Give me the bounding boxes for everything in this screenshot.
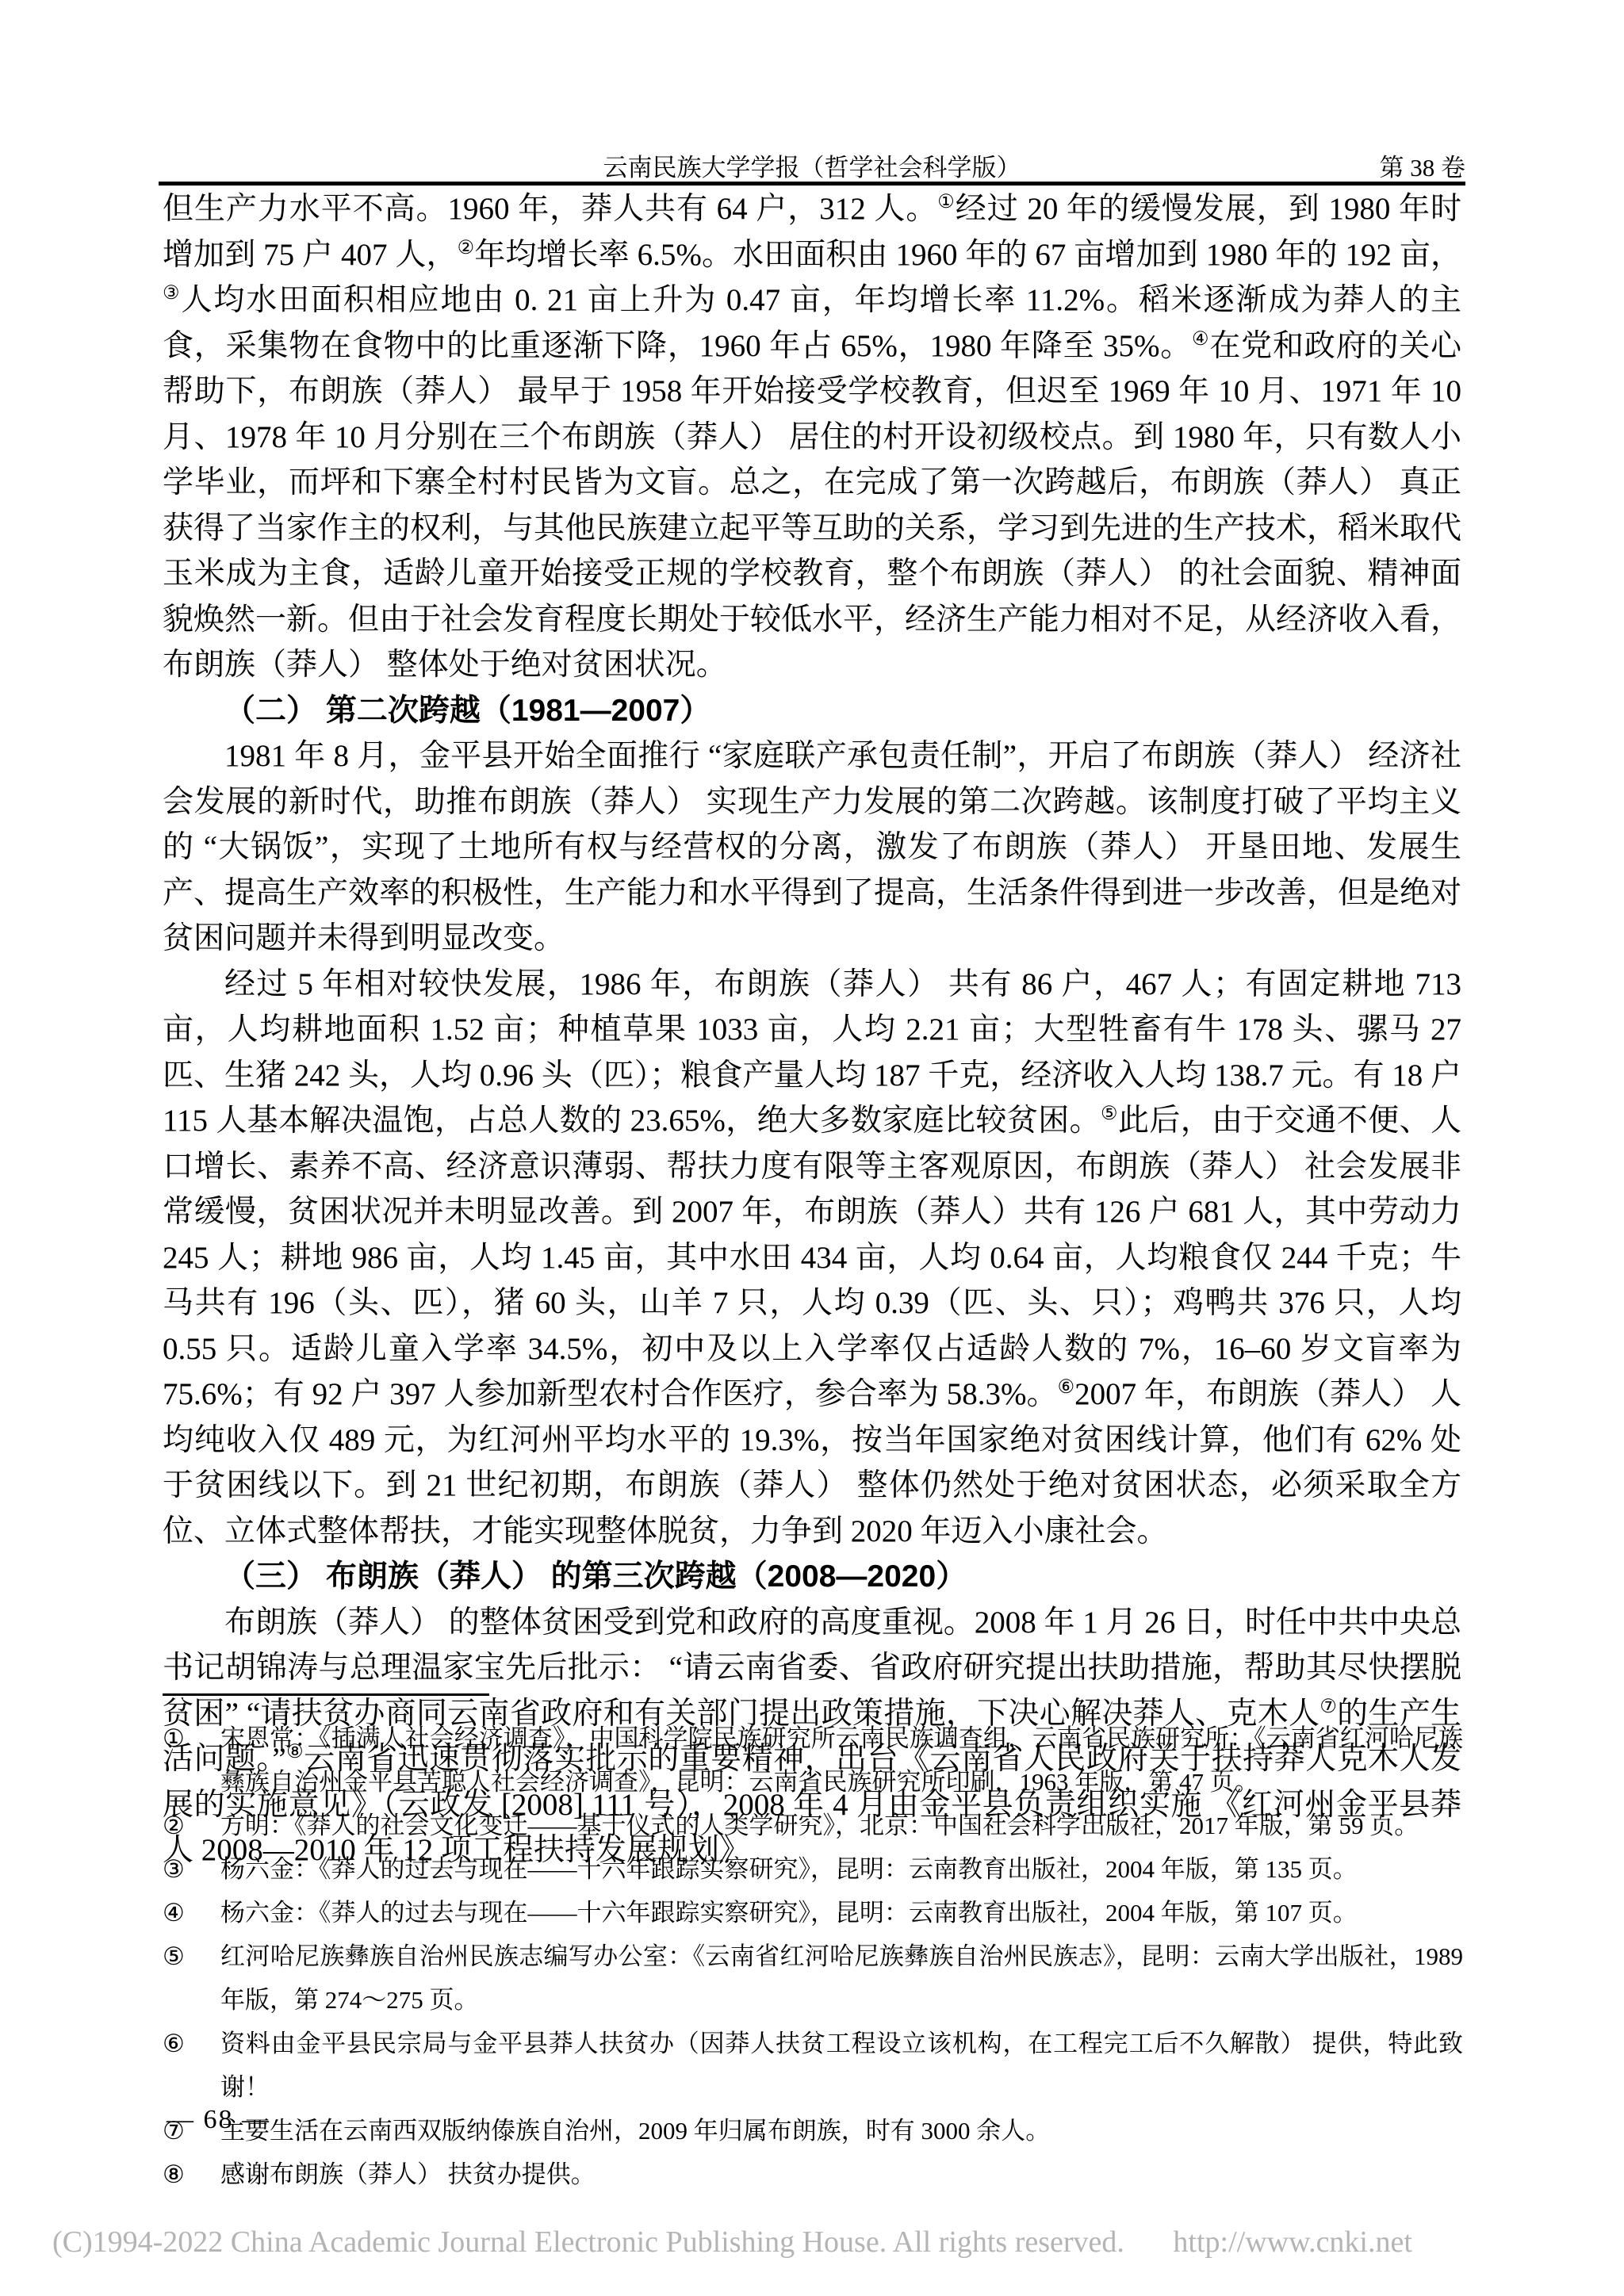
page-number: — 68 — bbox=[167, 2105, 270, 2135]
footnote-text: 资料由金平县民宗局与金平县莽人扶贫办（因莽人扶贫工程设立该机构，在工程完工后不久… bbox=[220, 2022, 1463, 2109]
journal-page: 云南民族大学学报（哲学社会科学版） 第 38 卷 但生产力水平不高。1960 年… bbox=[0, 0, 1624, 2296]
section-heading-third-leap: （三） 布朗族（莽人） 的第三次跨越（2008—2020） bbox=[163, 1554, 1461, 1600]
section-heading-second-leap: （二） 第二次跨越（1981—2007） bbox=[163, 688, 1461, 734]
footnote-6: ⑥ 资料由金平县民宗局与金平县莽人扶贫办（因莽人扶贫工程设立该机构，在工程完工后… bbox=[163, 2022, 1463, 2109]
watermark-url: http://www.cnki.net bbox=[1173, 2225, 1412, 2259]
footnote-text: 感谢布朗族（莽人） 扶贫办提供。 bbox=[220, 2152, 1463, 2196]
footnote-text: 方明：《莽人的社会文化变迁——基于仪式的人类学研究》，北京：中国社会科学出版社，… bbox=[220, 1804, 1463, 1847]
footnote-separator bbox=[163, 1693, 489, 1696]
footnote-5: ⑤ 红河哈尼族彝族自治州民族志编写办公室：《云南省红河哈尼族彝族自治州民族志》，… bbox=[163, 1934, 1463, 2022]
footnote-2: ② 方明：《莽人的社会文化变迁——基于仪式的人类学研究》，北京：中国社会科学出版… bbox=[163, 1804, 1463, 1847]
footnote-4: ④ 杨六金：《莽人的过去与现在——十六年跟踪实察研究》，昆明：云南教育出版社，2… bbox=[163, 1891, 1463, 1934]
header-rule bbox=[159, 182, 1465, 186]
footnote-text: 杨六金：《莽人的过去与现在——十六年跟踪实察研究》，昆明：云南教育出版社，200… bbox=[220, 1891, 1463, 1934]
footnote-mark: ① bbox=[163, 1716, 220, 1804]
paragraph-second-leap-1: 1981 年 8 月，金平县开始全面推行 “家庭联产承包责任制”，开启了布朗族（… bbox=[163, 733, 1461, 962]
paragraph-continuation: 但生产力水平不高。1960 年，莽人共有 64 户，312 人。①经过 20 年… bbox=[163, 186, 1461, 688]
footnote-mark: ③ bbox=[163, 1847, 220, 1891]
volume-label: 第 38 卷 bbox=[1380, 147, 1466, 183]
paragraph-second-leap-2: 经过 5 年相对较快发展，1986 年，布朗族（莽人） 共有 86 户，467 … bbox=[163, 962, 1461, 1555]
footnote-mark: ⑥ bbox=[163, 2022, 220, 2109]
watermark-copyright: (C)1994-2022 China Academic Journal Elec… bbox=[52, 2225, 1124, 2259]
footnote-3: ③ 杨六金：《莽人的过去与现在——十六年跟踪实察研究》，昆明：云南教育出版社，2… bbox=[163, 1847, 1463, 1891]
footnote-1: ① 宋恩常：《插满人社会经济调查》，中国科学院民族研究所云南民族调查组，云南省民… bbox=[163, 1716, 1463, 1804]
footnote-mark: ④ bbox=[163, 1891, 220, 1934]
footnote-mark: ⑧ bbox=[163, 2152, 220, 2196]
cnki-watermark: (C)1994-2022 China Academic Journal Elec… bbox=[52, 2225, 1559, 2260]
footnote-mark: ⑤ bbox=[163, 1934, 220, 2022]
footnote-7: ⑦ 主要生活在云南西双版纳傣族自治州，2009 年归属布朗族，时有 3000 余… bbox=[163, 2109, 1463, 2152]
footnote-8: ⑧ 感谢布朗族（莽人） 扶贫办提供。 bbox=[163, 2152, 1463, 2196]
page-header: 云南民族大学学报（哲学社会科学版） 第 38 卷 bbox=[159, 147, 1465, 186]
footnote-text: 宋恩常：《插满人社会经济调查》，中国科学院民族研究所云南民族调查组，云南省民族研… bbox=[220, 1716, 1463, 1804]
article-body: 但生产力水平不高。1960 年，莽人共有 64 户，312 人。①经过 20 年… bbox=[163, 186, 1461, 1873]
footnote-text: 主要生活在云南西双版纳傣族自治州，2009 年归属布朗族，时有 3000 余人。 bbox=[220, 2109, 1463, 2152]
footnote-mark: ② bbox=[163, 1804, 220, 1847]
footnote-text: 杨六金：《莽人的过去与现在——十六年跟踪实察研究》，昆明：云南教育出版社，200… bbox=[220, 1847, 1463, 1891]
journal-title: 云南民族大学学报（哲学社会科学版） bbox=[159, 147, 1465, 183]
footnotes: ① 宋恩常：《插满人社会经济调查》，中国科学院民族研究所云南民族调查组，云南省民… bbox=[163, 1716, 1463, 2196]
footnote-text: 红河哈尼族彝族自治州民族志编写办公室：《云南省红河哈尼族彝族自治州民族志》，昆明… bbox=[220, 1934, 1463, 2022]
